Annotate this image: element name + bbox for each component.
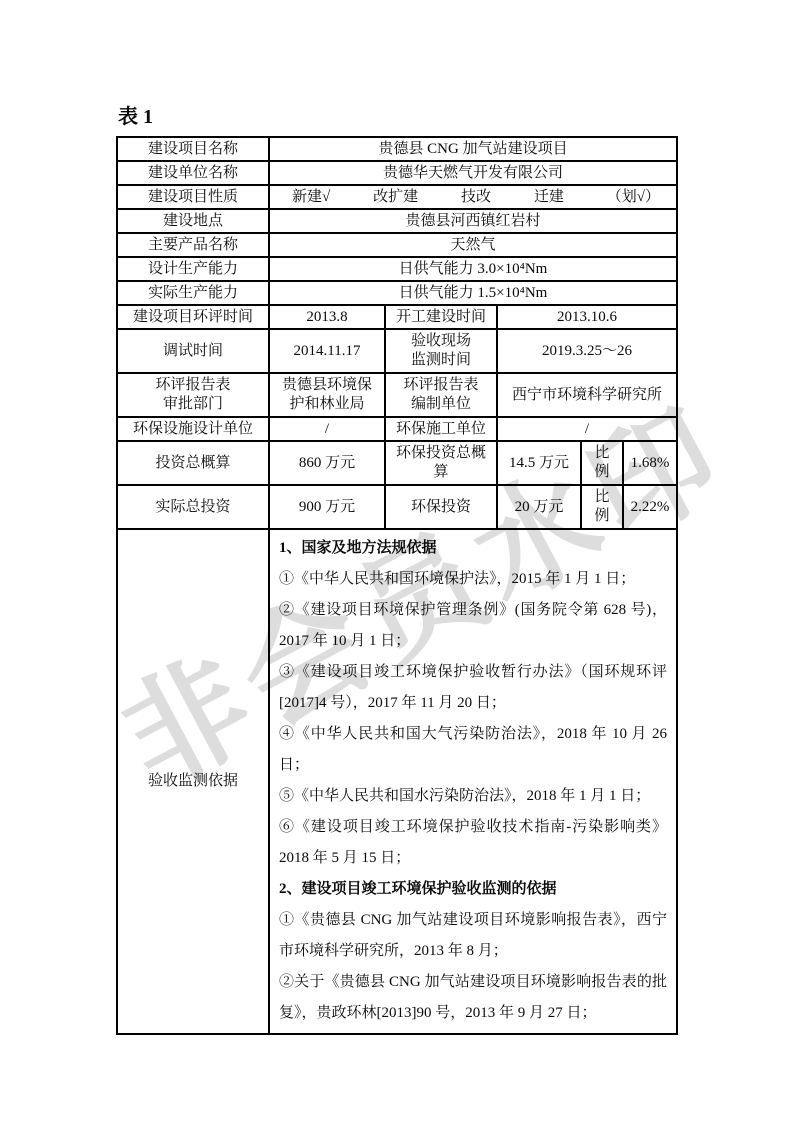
basis-item: ①《贵德县 CNG 加气站建设项目环境影响报告表》，西宁市环境科学研究所，201… [279,905,667,967]
table-row: 主要产品名称 天然气 [117,233,677,257]
row-label: 主要产品名称 [117,233,269,257]
row-label: 建设地点 [117,209,269,233]
row-value-2: 2019.3.25～26 [497,329,677,373]
basis-content-cell: 1、国家及地方法规依据 ①《中华人民共和国环境保护法》，2015 年 1 月 1… [269,529,677,1034]
row-label: 建设项目环评时间 [117,305,269,329]
row-value: 日供气能力 1.5×10⁴Nm [269,281,677,305]
ratio-value: 1.68% [623,441,677,485]
row-value: 天然气 [269,233,677,257]
row-value: / [269,417,385,441]
row-label: 建设项目性质 [117,185,269,209]
row-label-2: 环保投资总概 算 [385,441,497,485]
project-nature-cell: 新建√ 改扩建 技改 迁建 （划√） [269,185,677,209]
table-row: 建设项目环评时间 2013.8 开工建设时间 2013.10.6 [117,305,677,329]
row-value-2: / [497,417,677,441]
nature-note: （划√） [607,188,660,207]
table-row: 实际生产能力 日供气能力 1.5×10⁴Nm [117,281,677,305]
basis-item: ⑥《建设项目竣工环境保护验收技术指南-污染影响类》2018 年 5 月 15 日… [279,812,667,874]
row-value: 贵德华天燃气开发有限公司 [269,161,677,185]
basis-item: ①《中华人民共和国环境保护法》，2015 年 1 月 1 日； [279,564,667,595]
row-label: 投资总概算 [117,441,269,485]
nature-option-new: 新建√ [292,188,330,207]
table-row: 设计生产能力 日供气能力 3.0×10⁴Nm [117,257,677,281]
table-row: 环保设施设计单位 / 环保施工单位 / [117,417,677,441]
ratio-label: 比 例 [581,441,623,485]
table-title: 表 1 [118,100,153,129]
table-row: 实际总投资 900 万元 环保投资 20 万元 比 例 2.22% [117,485,677,529]
basis-item: ④《中华人民共和国大气污染防治法》，2018 年 10 月 26 日； [279,719,667,781]
row-label-2: 环保施工单位 [385,417,497,441]
row-value-2: 14.5 万元 [497,441,581,485]
row-label: 建设单位名称 [117,161,269,185]
table-row: 投资总概算 860 万元 环保投资总概 算 14.5 万元 比 例 1.68% [117,441,677,485]
table-row: 建设项目名称 贵德县 CNG 加气站建设项目 [117,137,677,161]
row-label: 环评报告表 审批部门 [117,373,269,417]
row-label: 验收监测依据 [117,529,269,1034]
row-value-2: 2013.10.6 [497,305,677,329]
basis-item: ②《建设项目环境保护管理条例》(国务院令第 628 号)，2017 年 10 月… [279,595,667,657]
basis-item: ②关于《贵德县 CNG 加气站建设项目环境影响报告表的批复》，贵政环林[2013… [279,967,667,1029]
ratio-value: 2.22% [623,485,677,529]
ratio-label: 比 例 [581,485,623,529]
basis-section-heading: 2、建设项目竣工环境保护验收监测的依据 [279,874,667,905]
row-value: 贵德县河西镇红岩村 [269,209,677,233]
row-value: 900 万元 [269,485,385,529]
basis-item: ⑤《中华人民共和国水污染防治法》，2018 年 1 月 1 日； [279,781,667,812]
row-label-2: 环保投资 [385,485,497,529]
row-value: 2014.11.17 [269,329,385,373]
basis-section-heading: 1、国家及地方法规依据 [279,533,667,564]
row-label: 建设项目名称 [117,137,269,161]
row-value: 贵德县环境保 护和林业局 [269,373,385,417]
project-info-table: 建设项目名称 贵德县 CNG 加气站建设项目 建设单位名称 贵德华天燃气开发有限… [116,136,678,1035]
row-label: 调试时间 [117,329,269,373]
row-label-2: 开工建设时间 [385,305,497,329]
table-row: 环评报告表 审批部门 贵德县环境保 护和林业局 环评报告表 编制单位 西宁市环境… [117,373,677,417]
row-label-2: 验收现场 监测时间 [385,329,497,373]
table-row-basis: 验收监测依据 1、国家及地方法规依据 ①《中华人民共和国环境保护法》，2015 … [117,529,677,1034]
nature-option-tech: 技改 [461,188,491,207]
row-value: 860 万元 [269,441,385,485]
row-value-2: 20 万元 [497,485,581,529]
nature-options: 新建√ 改扩建 技改 迁建 （划√） [272,188,674,207]
basis-item: ③《建设项目竣工环境保护验收暂行办法》（国环规环评[2017]4 号），2017… [279,657,667,719]
row-value: 2013.8 [269,305,385,329]
row-label: 环保设施设计单位 [117,417,269,441]
row-value: 日供气能力 3.0×10⁴Nm [269,257,677,281]
row-label: 实际生产能力 [117,281,269,305]
row-value-2: 西宁市环境科学研究所 [497,373,677,417]
nature-option-relocate: 迁建 [534,188,564,207]
table-row: 建设地点 贵德县河西镇红岩村 [117,209,677,233]
document-page: 非会员水印 表 1 建设项目名称 贵德县 CNG 加气站建设项目 建设单位名称 … [0,0,793,1122]
table-row: 建设单位名称 贵德华天燃气开发有限公司 [117,161,677,185]
row-label: 设计生产能力 [117,257,269,281]
row-value: 贵德县 CNG 加气站建设项目 [269,137,677,161]
nature-option-expand: 改扩建 [373,188,418,207]
row-label: 实际总投资 [117,485,269,529]
table-row: 调试时间 2014.11.17 验收现场 监测时间 2019.3.25～26 [117,329,677,373]
row-label-2: 环评报告表 编制单位 [385,373,497,417]
table-row: 建设项目性质 新建√ 改扩建 技改 迁建 （划√） [117,185,677,209]
